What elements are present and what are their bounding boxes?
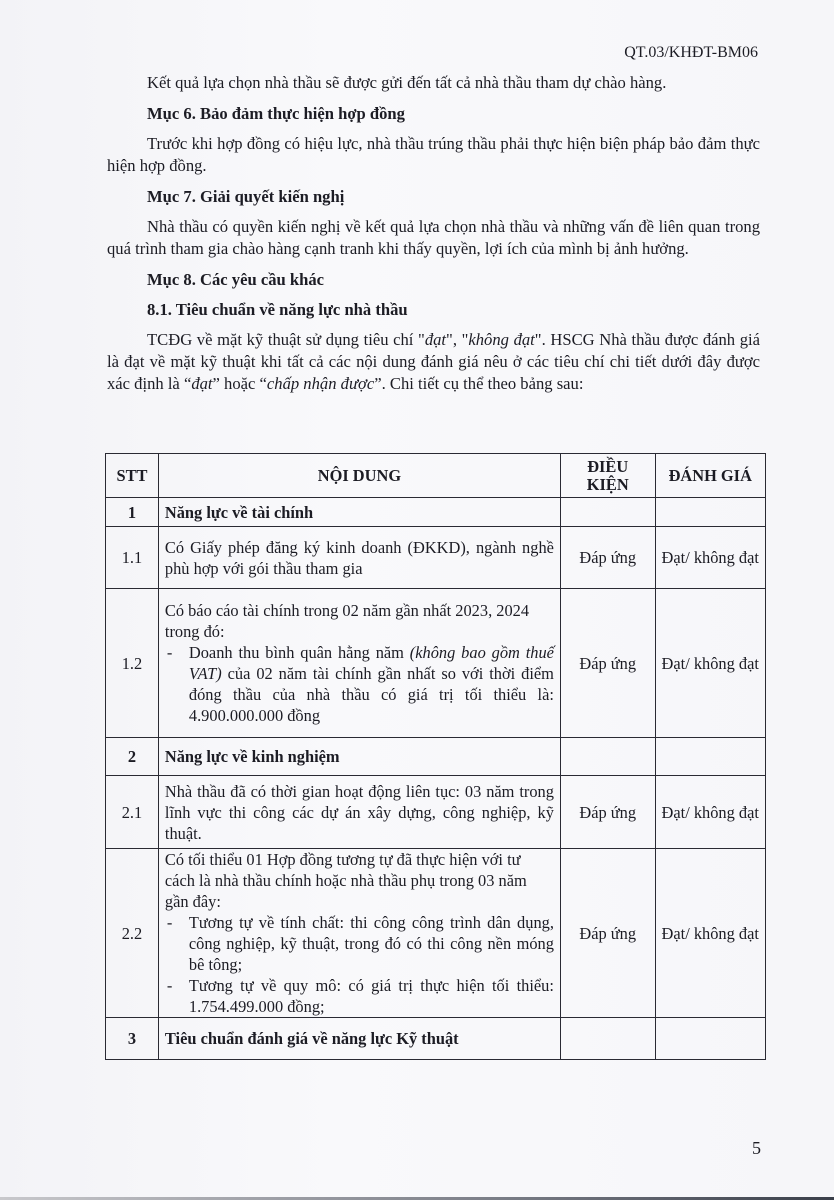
cell-content: Có Giấy phép đăng ký kinh doanh (ĐKKD), … bbox=[158, 527, 560, 589]
text-span: ” hoặc “ bbox=[213, 374, 267, 393]
bullet-text: Tương tự về quy mô: có giá trị thực hiện… bbox=[189, 975, 554, 1017]
section-6-text: Trước khi hợp đồng có hiệu lực, nhà thầu… bbox=[107, 133, 760, 177]
cell-stt: 1.1 bbox=[106, 527, 159, 589]
table-row: 2 Năng lực về kinh nghiệm bbox=[106, 738, 766, 776]
cell-evaluation: Đạt/ không đạt bbox=[655, 849, 766, 1018]
cell-condition: Đáp ứng bbox=[560, 527, 655, 589]
bullet-item: - Tương tự về quy mô: có giá trị thực hi… bbox=[165, 975, 554, 1017]
cell-evaluation: Đạt/ không đạt bbox=[655, 776, 766, 849]
cell-content: Có báo cáo tài chính trong 02 năm gần nh… bbox=[158, 589, 560, 738]
cell-content: Có tối thiểu 01 Hợp đồng tương tự đã thự… bbox=[158, 849, 560, 1018]
document-body: Kết quả lựa chọn nhà thầu sẽ được gửi đế… bbox=[107, 72, 760, 395]
table-row: 1 Năng lực về tài chính bbox=[106, 498, 766, 527]
header-stt: STT bbox=[106, 454, 159, 498]
cell-stt: 3 bbox=[106, 1018, 159, 1060]
italic-term: không đạt bbox=[468, 330, 534, 349]
italic-term: chấp nhận được bbox=[267, 374, 374, 393]
table-row: 3 Tiêu chuẩn đánh giá về năng lực Kỹ thu… bbox=[106, 1018, 766, 1060]
section-6-title: Mục 6. Bảo đảm thực hiện hợp đồng bbox=[147, 103, 760, 125]
cell-condition: Đáp ứng bbox=[560, 776, 655, 849]
text-span: ", " bbox=[446, 330, 468, 349]
cell-evaluation: Đạt/ không đạt bbox=[655, 527, 766, 589]
text-span: Doanh thu bình quân hằng năm bbox=[189, 643, 410, 662]
content-intro: Có tối thiểu 01 Hợp đồng tương tự đã thự… bbox=[165, 849, 554, 912]
cell-condition: Đáp ứng bbox=[560, 589, 655, 738]
text-span: TCĐG về mặt kỹ thuật sử dụng tiêu chí " bbox=[147, 330, 425, 349]
page-number: 5 bbox=[752, 1138, 761, 1159]
cell-content: Năng lực về tài chính bbox=[158, 498, 560, 527]
table-row: 1.2 Có báo cáo tài chính trong 02 năm gầ… bbox=[106, 589, 766, 738]
text-span: của 02 năm tài chính gần nhất so với thờ… bbox=[189, 664, 554, 725]
header-content: NỘI DUNG bbox=[158, 454, 560, 498]
cell-condition bbox=[560, 738, 655, 776]
cell-evaluation bbox=[655, 498, 766, 527]
bullet-item: - Doanh thu bình quân hằng năm (không ba… bbox=[165, 642, 554, 726]
cell-stt: 2.2 bbox=[106, 849, 159, 1018]
text-span: ”. Chi tiết cụ thể theo bảng sau: bbox=[374, 374, 583, 393]
section-7-text: Nhà thầu có quyền kiến nghị về kết quả l… bbox=[107, 216, 760, 260]
document-code: QT.03/KHĐT-BM06 bbox=[624, 44, 758, 62]
section-7-title: Mục 7. Giải quyết kiến nghị bbox=[147, 186, 760, 208]
cell-content: Năng lực về kinh nghiệm bbox=[158, 738, 560, 776]
italic-term: đạt bbox=[191, 374, 212, 393]
cell-content: Tiêu chuẩn đánh giá về năng lực Kỹ thuật bbox=[158, 1018, 560, 1060]
cell-stt: 1 bbox=[106, 498, 159, 527]
bullet-text: Tương tự về tính chất: thi công công trì… bbox=[189, 912, 554, 975]
italic-term: đạt bbox=[425, 330, 446, 349]
cell-condition bbox=[560, 1018, 655, 1060]
cell-content: Nhà thầu đã có thời gian hoạt động liên … bbox=[158, 776, 560, 849]
cell-stt: 2.1 bbox=[106, 776, 159, 849]
criteria-table: STT NỘI DUNG ĐIỀU KIỆN ĐÁNH GIÁ 1 Năng l… bbox=[105, 453, 766, 1060]
cell-stt: 1.2 bbox=[106, 589, 159, 738]
cell-condition bbox=[560, 498, 655, 527]
bullet-item: - Tương tự về tính chất: thi công công t… bbox=[165, 912, 554, 975]
bullet-dash: - bbox=[165, 642, 189, 726]
cell-stt: 2 bbox=[106, 738, 159, 776]
section-8-title: Mục 8. Các yêu cầu khác bbox=[147, 269, 760, 291]
cell-condition: Đáp ứng bbox=[560, 849, 655, 1018]
bullet-dash: - bbox=[165, 975, 189, 1017]
bullet-dash: - bbox=[165, 912, 189, 975]
section-8-1-text: TCĐG về mặt kỹ thuật sử dụng tiêu chí "đ… bbox=[107, 329, 760, 395]
table-header-row: STT NỘI DUNG ĐIỀU KIỆN ĐÁNH GIÁ bbox=[106, 454, 766, 498]
bullet-text: Doanh thu bình quân hằng năm (không bao … bbox=[189, 642, 554, 726]
content-intro: Có báo cáo tài chính trong 02 năm gần nh… bbox=[165, 600, 554, 642]
document-page: QT.03/KHĐT-BM06 Kết quả lựa chọn nhà thầ… bbox=[0, 0, 834, 1200]
table-row: 1.1 Có Giấy phép đăng ký kinh doanh (ĐKK… bbox=[106, 527, 766, 589]
table-row: 2.2 Có tối thiểu 01 Hợp đồng tương tự đã… bbox=[106, 849, 766, 1018]
table-row: 2.1 Nhà thầu đã có thời gian hoạt động l… bbox=[106, 776, 766, 849]
section-8-1-title: 8.1. Tiêu chuẩn về năng lực nhà thầu bbox=[147, 299, 760, 321]
cell-evaluation: Đạt/ không đạt bbox=[655, 589, 766, 738]
header-evaluation: ĐÁNH GIÁ bbox=[655, 454, 766, 498]
cell-evaluation bbox=[655, 738, 766, 776]
header-condition: ĐIỀU KIỆN bbox=[560, 454, 655, 498]
cell-evaluation bbox=[655, 1018, 766, 1060]
intro-paragraph: Kết quả lựa chọn nhà thầu sẽ được gửi đế… bbox=[107, 72, 760, 94]
